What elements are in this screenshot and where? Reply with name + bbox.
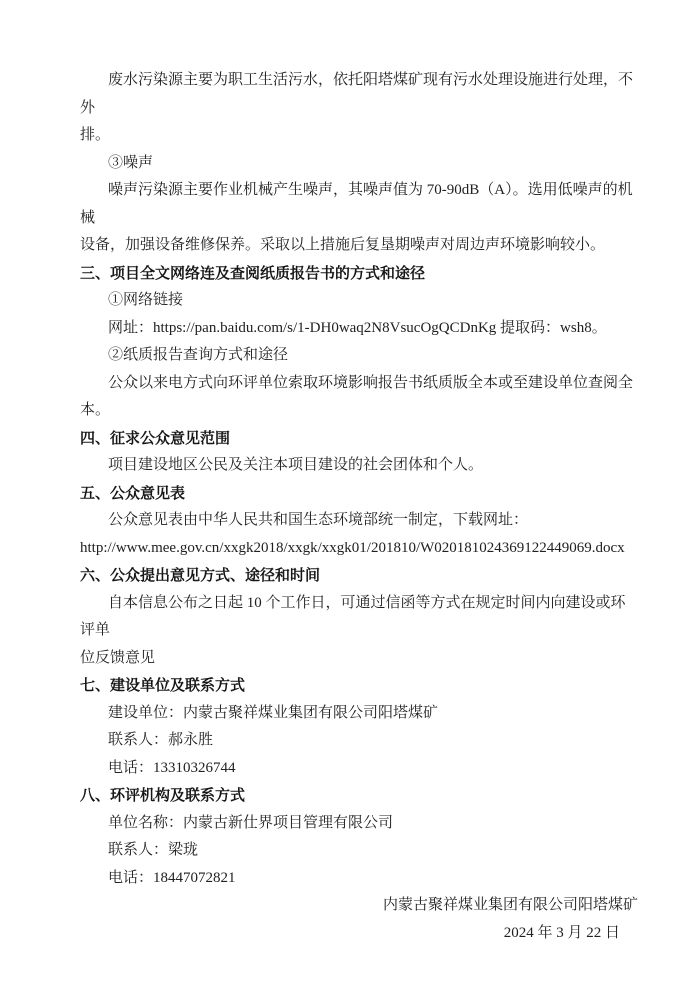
baidu-url-line: 网址：https://pan.baidu.com/s/1-DH0waq2N8Vs… bbox=[80, 315, 638, 343]
construction-unit-line: 建设单位：内蒙古聚祥煤业集团有限公司阳塔煤矿 bbox=[80, 700, 638, 728]
wastewater-paragraph: 废水污染源主要为职工生活污水，依托阳塔煤矿现有污水处理设施进行处理，不外 排。 bbox=[80, 67, 638, 150]
network-link-label: ①网络链接 bbox=[80, 287, 638, 315]
signature-date-line: 2024 年 3 月 22 日 bbox=[80, 920, 638, 948]
scope-paragraph: 项目建设地区公民及关注本项目建设的社会团体和个人。 bbox=[80, 452, 638, 480]
eia-unit-line: 单位名称：内蒙古新仕界项目管理有限公司 bbox=[80, 810, 638, 838]
noise-item-label: ③噪声 bbox=[80, 150, 638, 178]
feedback-form-paragraph: 公众意见表由中华人民共和国生态环境部统一制定，下载网址： bbox=[80, 507, 638, 535]
noise-paragraph: 噪声污染源主要作业机械产生噪声，其噪声值为 70-90dB（A）。选用低噪声的机… bbox=[80, 177, 638, 260]
section-6-heading: 六、公众提出意见方式、途径和时间 bbox=[80, 562, 638, 590]
document-page: 废水污染源主要为职工生活污水，依托阳塔煤矿现有污水处理设施进行处理，不外 排。 … bbox=[0, 0, 700, 989]
paper-report-label: ②纸质报告查询方式和途径 bbox=[80, 342, 638, 370]
eia-phone-line: 电话：18447072821 bbox=[80, 865, 638, 893]
document-body: 废水污染源主要为职工生活污水，依托阳塔煤矿现有污水处理设施进行处理，不外 排。 … bbox=[80, 67, 638, 947]
construction-contact-line: 联系人：郝永胜 bbox=[80, 727, 638, 755]
section-5-heading: 五、公众意见表 bbox=[80, 480, 638, 508]
mee-url-line: http://www.mee.gov.cn/xxgk2018/xxgk/xxgk… bbox=[80, 535, 638, 563]
feedback-period-paragraph: 自本信息公布之日起 10 个工作日，可通过信函等方式在规定时间内向建设或环评单 … bbox=[80, 590, 638, 673]
section-7-heading: 七、建设单位及联系方式 bbox=[80, 672, 638, 700]
signature-company-line: 内蒙古聚祥煤业集团有限公司阳塔煤矿 bbox=[80, 892, 638, 920]
section-3-heading: 三、项目全文网络连及查阅纸质报告书的方式和途径 bbox=[80, 260, 638, 288]
section-4-heading: 四、征求公众意见范围 bbox=[80, 425, 638, 453]
paper-report-paragraph: 公众以来电方式向环评单位索取环境影响报告书纸质版全本或至建设单位查阅全 本。 bbox=[80, 370, 638, 425]
section-8-heading: 八、环评机构及联系方式 bbox=[80, 782, 638, 810]
construction-phone-line: 电话：13310326744 bbox=[80, 755, 638, 783]
eia-contact-line: 联系人：梁珑 bbox=[80, 837, 638, 865]
